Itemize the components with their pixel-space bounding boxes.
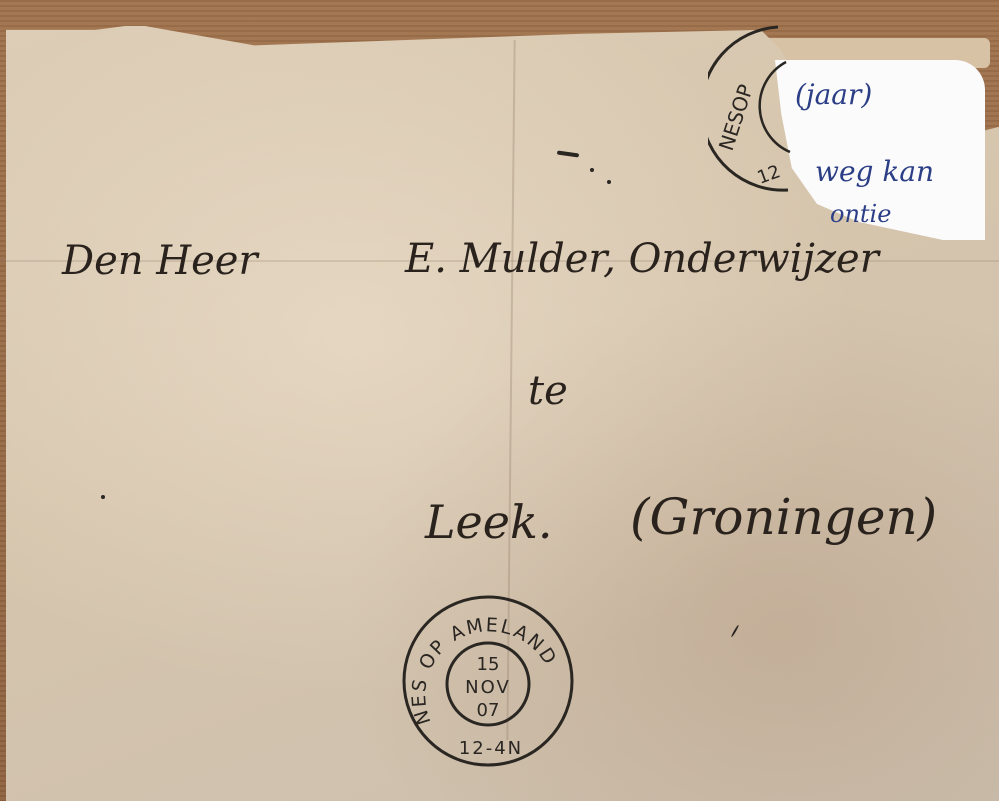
postmark-partial-town: NESOP bbox=[714, 81, 758, 153]
address-te: te bbox=[528, 368, 568, 414]
postmark-main: NES OP AMELAND 15 NOV 07 12-4N bbox=[401, 594, 576, 773]
ink-speck bbox=[101, 495, 105, 499]
ink-speck bbox=[607, 180, 611, 184]
address-salutation: Den Heer bbox=[62, 238, 258, 284]
postmark-day: 15 bbox=[477, 654, 500, 675]
postmark-time: 12-4N bbox=[459, 738, 523, 759]
note-line-2: weg kan bbox=[815, 155, 934, 188]
postmark-partial-time: 12 bbox=[755, 161, 784, 189]
postmark-month: NOV bbox=[465, 677, 511, 698]
note-line-1: (jaar) bbox=[795, 78, 872, 111]
ink-speck bbox=[590, 168, 594, 172]
address-province: (Groningen) bbox=[630, 488, 937, 546]
note-line-3: ontie bbox=[830, 200, 891, 228]
address-city: Leek. bbox=[425, 495, 553, 549]
address-name: E. Mulder, Onderwijzer bbox=[405, 236, 879, 282]
postmark-year: 07 bbox=[477, 700, 500, 721]
postmark-partial: NESOP 12 bbox=[708, 22, 798, 201]
